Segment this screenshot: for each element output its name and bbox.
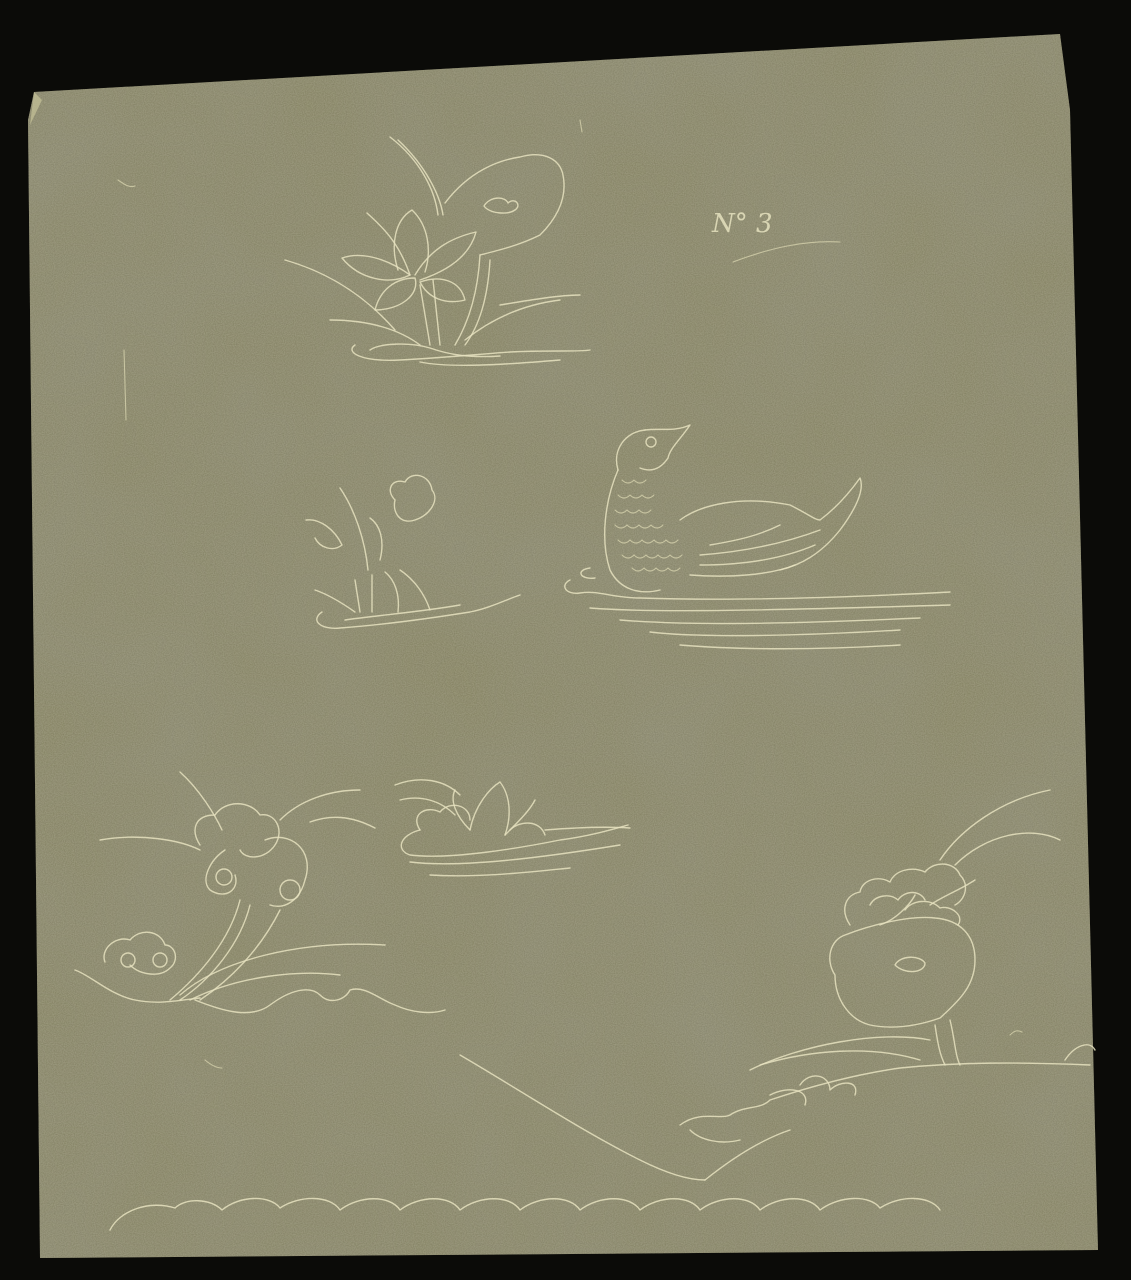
scanned-tracing-paper: N° 3	[0, 0, 1131, 1280]
svg-text:N° 3: N° 3	[711, 209, 773, 239]
paper-sheet	[28, 34, 1098, 1258]
